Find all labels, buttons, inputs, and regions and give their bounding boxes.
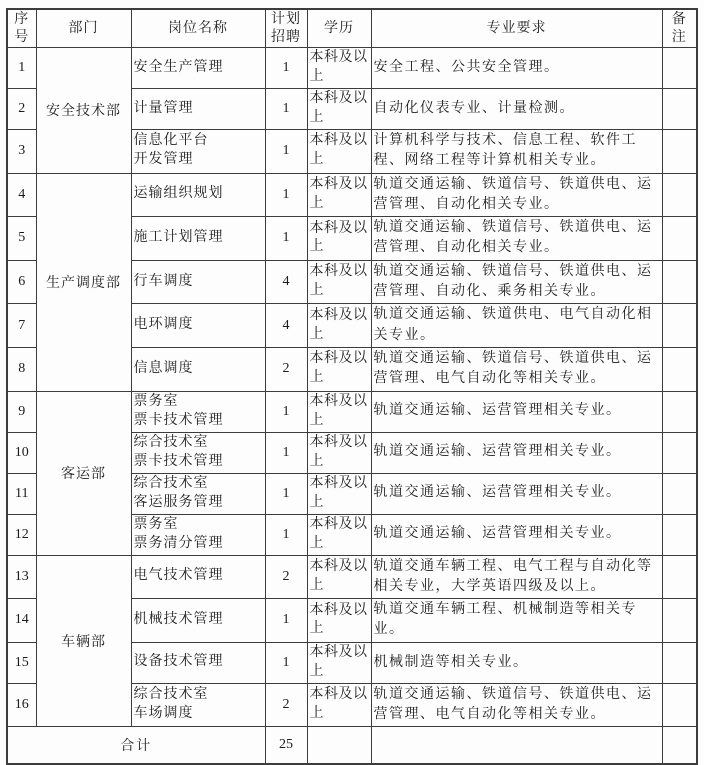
cell-education: 本科及以上 xyxy=(307,473,371,514)
cell-no: 9 xyxy=(7,391,36,432)
recruitment-plan-table: 序 号 部门 岗位名称 计划 招聘 学历 专业要求 备 注 1 安全技术部 安全… xyxy=(6,8,698,765)
cell-no: 2 xyxy=(7,89,36,130)
cell-major: 轨道交通运输、铁道信号、铁道供电、运营管理、自动化相关专业。 xyxy=(371,217,662,261)
table-row: 4 生产调度部 运输组织规划 1 本科及以上 轨道交通运输、铁道信号、铁道供电、… xyxy=(7,173,697,217)
department-cell-production-dispatch: 生产调度部 xyxy=(36,173,131,391)
cell-position: 行车调度 xyxy=(131,260,265,304)
department-cell-passenger-transport: 客运部 xyxy=(36,391,131,555)
cell-count: 1 xyxy=(265,514,307,555)
cell-note xyxy=(662,130,697,174)
cell-note xyxy=(662,304,697,348)
cell-education: 本科及以上 xyxy=(307,304,371,348)
cell-no: 13 xyxy=(7,555,36,599)
department-cell-safety-tech: 安全技术部 xyxy=(36,48,131,174)
cell-count: 1 xyxy=(265,599,307,643)
cell-no: 7 xyxy=(7,304,36,348)
cell-note xyxy=(662,599,697,643)
cell-position: 电环调度 xyxy=(131,304,265,348)
cell-education: 本科及以上 xyxy=(307,347,371,391)
cell-major: 轨道交通车辆工程、电气工程与自动化等相关专业，大学英语四级及以上。 xyxy=(371,555,662,599)
cell-note xyxy=(662,514,697,555)
cell-education: 本科及以上 xyxy=(307,89,371,130)
total-note-empty xyxy=(662,727,697,764)
cell-education: 本科及以上 xyxy=(307,260,371,304)
cell-count: 1 xyxy=(265,642,307,683)
recruitment-table-page: 序 号 部门 岗位名称 计划 招聘 学历 专业要求 备 注 1 安全技术部 安全… xyxy=(0,0,704,750)
cell-education: 本科及以上 xyxy=(307,555,371,599)
cell-count: 1 xyxy=(265,391,307,432)
cell-position: 票务室 票务清分管理 xyxy=(131,514,265,555)
cell-count: 1 xyxy=(265,217,307,261)
cell-count: 2 xyxy=(265,347,307,391)
cell-major: 轨道交通运输、运营管理相关专业。 xyxy=(371,514,662,555)
header-count: 计划 招聘 xyxy=(265,9,307,48)
cell-count: 2 xyxy=(265,683,307,727)
cell-no: 1 xyxy=(7,48,36,89)
cell-note xyxy=(662,555,697,599)
header-note: 备 注 xyxy=(662,9,697,48)
header-education: 学历 xyxy=(307,9,371,48)
cell-education: 本科及以上 xyxy=(307,642,371,683)
header-row: 序 号 部门 岗位名称 计划 招聘 学历 专业要求 备 注 xyxy=(7,9,697,48)
total-count: 25 xyxy=(265,727,307,764)
cell-note xyxy=(662,391,697,432)
total-label: 合计 xyxy=(7,727,265,764)
cell-note xyxy=(662,642,697,683)
cell-education: 本科及以上 xyxy=(307,432,371,473)
cell-major: 轨道交通运输、铁道供电、电气自动化相关专业。 xyxy=(371,304,662,348)
cell-note xyxy=(662,217,697,261)
cell-major: 轨道交通运输、铁道信号、铁道供电、运营管理、自动化、乘务相关专业。 xyxy=(371,260,662,304)
cell-major: 轨道交通运输、铁道信号、铁道供电、运营管理、电气自动化等相关专业。 xyxy=(371,347,662,391)
header-position: 岗位名称 xyxy=(131,9,265,48)
cell-education: 本科及以上 xyxy=(307,217,371,261)
cell-position: 机械技术管理 xyxy=(131,599,265,643)
cell-major: 轨道交通车辆工程、机械制造等相关专业。 xyxy=(371,599,662,643)
cell-major: 轨道交通运输、铁道信号、铁道供电、运营管理、电气自动化等相关专业。 xyxy=(371,683,662,727)
cell-major: 机械制造等相关专业。 xyxy=(371,642,662,683)
cell-position: 施工计划管理 xyxy=(131,217,265,261)
cell-note xyxy=(662,89,697,130)
cell-count: 1 xyxy=(265,48,307,89)
cell-count: 1 xyxy=(265,173,307,217)
cell-position: 设备技术管理 xyxy=(131,642,265,683)
cell-count: 1 xyxy=(265,130,307,174)
department-cell-rolling-stock: 车辆部 xyxy=(36,555,131,727)
cell-count: 4 xyxy=(265,260,307,304)
cell-no: 14 xyxy=(7,599,36,643)
cell-no: 15 xyxy=(7,642,36,683)
cell-count: 1 xyxy=(265,89,307,130)
cell-no: 3 xyxy=(7,130,36,174)
cell-education: 本科及以上 xyxy=(307,514,371,555)
cell-position: 票务室 票卡技术管理 xyxy=(131,391,265,432)
header-major: 专业要求 xyxy=(371,9,662,48)
cell-position: 综合技术室 客运服务管理 xyxy=(131,473,265,514)
cell-no: 10 xyxy=(7,432,36,473)
header-department: 部门 xyxy=(36,9,131,48)
cell-position: 安全生产管理 xyxy=(131,48,265,89)
cell-note xyxy=(662,473,697,514)
cell-no: 5 xyxy=(7,217,36,261)
cell-education: 本科及以上 xyxy=(307,683,371,727)
cell-major: 自动化仪表专业、计量检测。 xyxy=(371,89,662,130)
cell-position: 信息调度 xyxy=(131,347,265,391)
table-row: 13 车辆部 电气技术管理 2 本科及以上 轨道交通车辆工程、电气工程与自动化等… xyxy=(7,555,697,599)
cell-note xyxy=(662,260,697,304)
cell-education: 本科及以上 xyxy=(307,130,371,174)
cell-count: 2 xyxy=(265,555,307,599)
cell-no: 4 xyxy=(7,173,36,217)
cell-no: 6 xyxy=(7,260,36,304)
table-row: 1 安全技术部 安全生产管理 1 本科及以上 安全工程、公共安全管理。 xyxy=(7,48,697,89)
cell-note xyxy=(662,347,697,391)
cell-count: 1 xyxy=(265,473,307,514)
cell-major: 轨道交通运输、运营管理相关专业。 xyxy=(371,473,662,514)
cell-major: 轨道交通运输、运营管理相关专业。 xyxy=(371,432,662,473)
header-no: 序 号 xyxy=(7,9,36,48)
cell-position: 计量管理 xyxy=(131,89,265,130)
cell-note xyxy=(662,48,697,89)
cell-major: 轨道交通运输、运营管理相关专业。 xyxy=(371,391,662,432)
total-row: 合计 25 xyxy=(7,727,697,764)
cell-no: 16 xyxy=(7,683,36,727)
cell-major: 计算机科学与技术、信息工程、软件工程、网络工程等计算机相关专业。 xyxy=(371,130,662,174)
table-row: 9 客运部 票务室 票卡技术管理 1 本科及以上 轨道交通运输、运营管理相关专业… xyxy=(7,391,697,432)
cell-no: 11 xyxy=(7,473,36,514)
cell-position: 运输组织规划 xyxy=(131,173,265,217)
cell-major: 安全工程、公共安全管理。 xyxy=(371,48,662,89)
total-education-empty xyxy=(307,727,371,764)
cell-education: 本科及以上 xyxy=(307,173,371,217)
cell-education: 本科及以上 xyxy=(307,599,371,643)
cell-count: 1 xyxy=(265,432,307,473)
cell-major: 轨道交通运输、铁道信号、铁道供电、运营管理、自动化相关专业。 xyxy=(371,173,662,217)
cell-education: 本科及以上 xyxy=(307,48,371,89)
cell-note xyxy=(662,432,697,473)
cell-count: 4 xyxy=(265,304,307,348)
cell-no: 12 xyxy=(7,514,36,555)
cell-no: 8 xyxy=(7,347,36,391)
cell-position: 综合技术室 票卡技术管理 xyxy=(131,432,265,473)
cell-note xyxy=(662,683,697,727)
cell-position: 电气技术管理 xyxy=(131,555,265,599)
cell-position: 信息化平台 开发管理 xyxy=(131,130,265,174)
cell-note xyxy=(662,173,697,217)
total-major-empty xyxy=(371,727,662,764)
cell-position: 综合技术室 车场调度 xyxy=(131,683,265,727)
cell-education: 本科及以上 xyxy=(307,391,371,432)
